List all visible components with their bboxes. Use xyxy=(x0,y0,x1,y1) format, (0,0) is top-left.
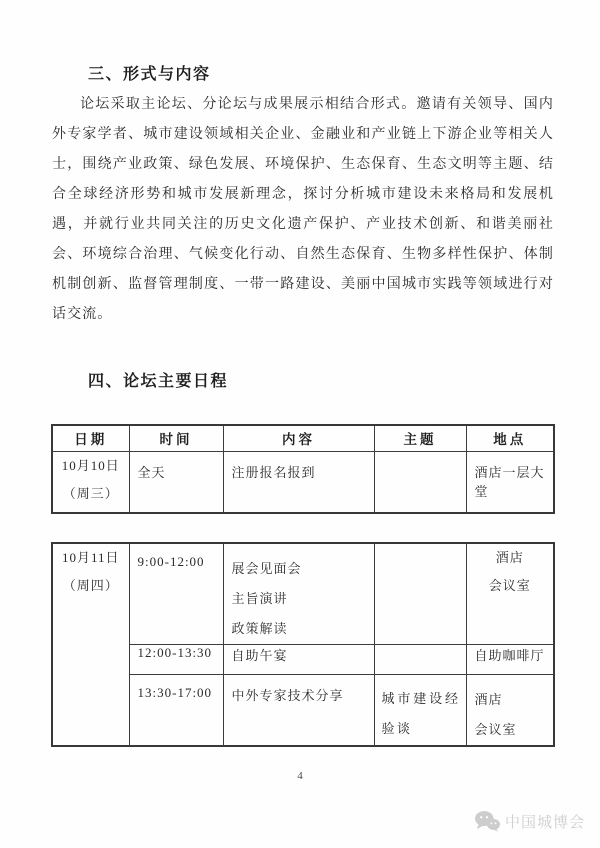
date-text: 10月10日 xyxy=(53,452,129,480)
cell-location: 酒店一层大堂 xyxy=(466,451,554,513)
section-heading-agenda: 四、论坛主要日程 xyxy=(88,368,228,391)
watermark: 中国城博会 xyxy=(474,810,585,832)
table-row: 10月11日 （周四） 9:00-12:00 展会见面会 主旨演讲 政策解读 酒… xyxy=(52,543,554,645)
document-page: 三、形式与内容 论坛采取主论坛、分论坛与成果展示相结合形式。邀请有关领导、国内外… xyxy=(0,0,600,848)
cell-date-day1: 10月10日 （周三） xyxy=(52,451,129,513)
format-content-paragraph: 论坛采取主论坛、分论坛与成果展示相结合形式。邀请有关领导、国内外专家学者、城市建… xyxy=(52,90,554,330)
header-date: 日期 xyxy=(52,425,129,451)
schedule-table-day2: 10月11日 （周四） 9:00-12:00 展会见面会 主旨演讲 政策解读 酒… xyxy=(51,542,555,747)
cell-content: 中外专家技术分享 xyxy=(223,675,374,747)
table-row: 10月10日 （周三） 全天 注册报名报到 酒店一层大堂 xyxy=(52,451,554,513)
content-line: 主旨演讲 xyxy=(232,584,370,614)
cell-content: 注册报名报到 xyxy=(223,451,374,513)
header-location: 地点 xyxy=(466,425,554,451)
schedule-table-day1: 日期 时间 内容 主题 地点 10月10日 （周三） 全天 注册报名报到 酒店一… xyxy=(51,424,555,514)
header-time: 时间 xyxy=(129,425,223,451)
cell-time: 全天 xyxy=(129,451,223,513)
wechat-icon xyxy=(474,810,500,832)
cell-theme: 城市建设经验谈 xyxy=(374,675,466,747)
cell-content: 展会见面会 主旨演讲 政策解读 xyxy=(223,543,374,645)
cell-time: 9:00-12:00 xyxy=(129,543,223,645)
page-number: 4 xyxy=(0,770,600,782)
cell-theme xyxy=(374,543,466,645)
date-text: 10月11日 xyxy=(53,544,129,572)
watermark-label: 中国城博会 xyxy=(505,811,585,832)
schedule-header-row: 日期 时间 内容 主题 地点 xyxy=(52,425,554,451)
header-content: 内容 xyxy=(223,425,374,451)
cell-location: 自助咖啡厅 xyxy=(466,645,554,675)
cell-time: 12:00-13:30 xyxy=(129,645,223,675)
content-line: 政策解读 xyxy=(232,614,370,644)
cell-theme xyxy=(374,645,466,675)
section-heading-format-content: 三、形式与内容 xyxy=(88,61,211,84)
header-theme: 主题 xyxy=(374,425,466,451)
location-line: 酒店 xyxy=(475,685,550,715)
cell-theme xyxy=(374,451,466,513)
cell-date-day2: 10月11日 （周四） xyxy=(52,543,129,746)
content-line: 展会见面会 xyxy=(232,554,370,584)
cell-location: 酒店 会议室 xyxy=(466,543,554,645)
cell-content: 自助午宴 xyxy=(223,645,374,675)
weekday-text: （周四） xyxy=(53,572,129,600)
cell-time: 13:30-17:00 xyxy=(129,675,223,747)
weekday-text: （周三） xyxy=(53,480,129,508)
location-line: 会议室 xyxy=(475,715,550,745)
location-line: 酒店 xyxy=(467,544,554,572)
cell-location: 酒店 会议室 xyxy=(466,675,554,747)
location-line: 会议室 xyxy=(467,572,554,600)
